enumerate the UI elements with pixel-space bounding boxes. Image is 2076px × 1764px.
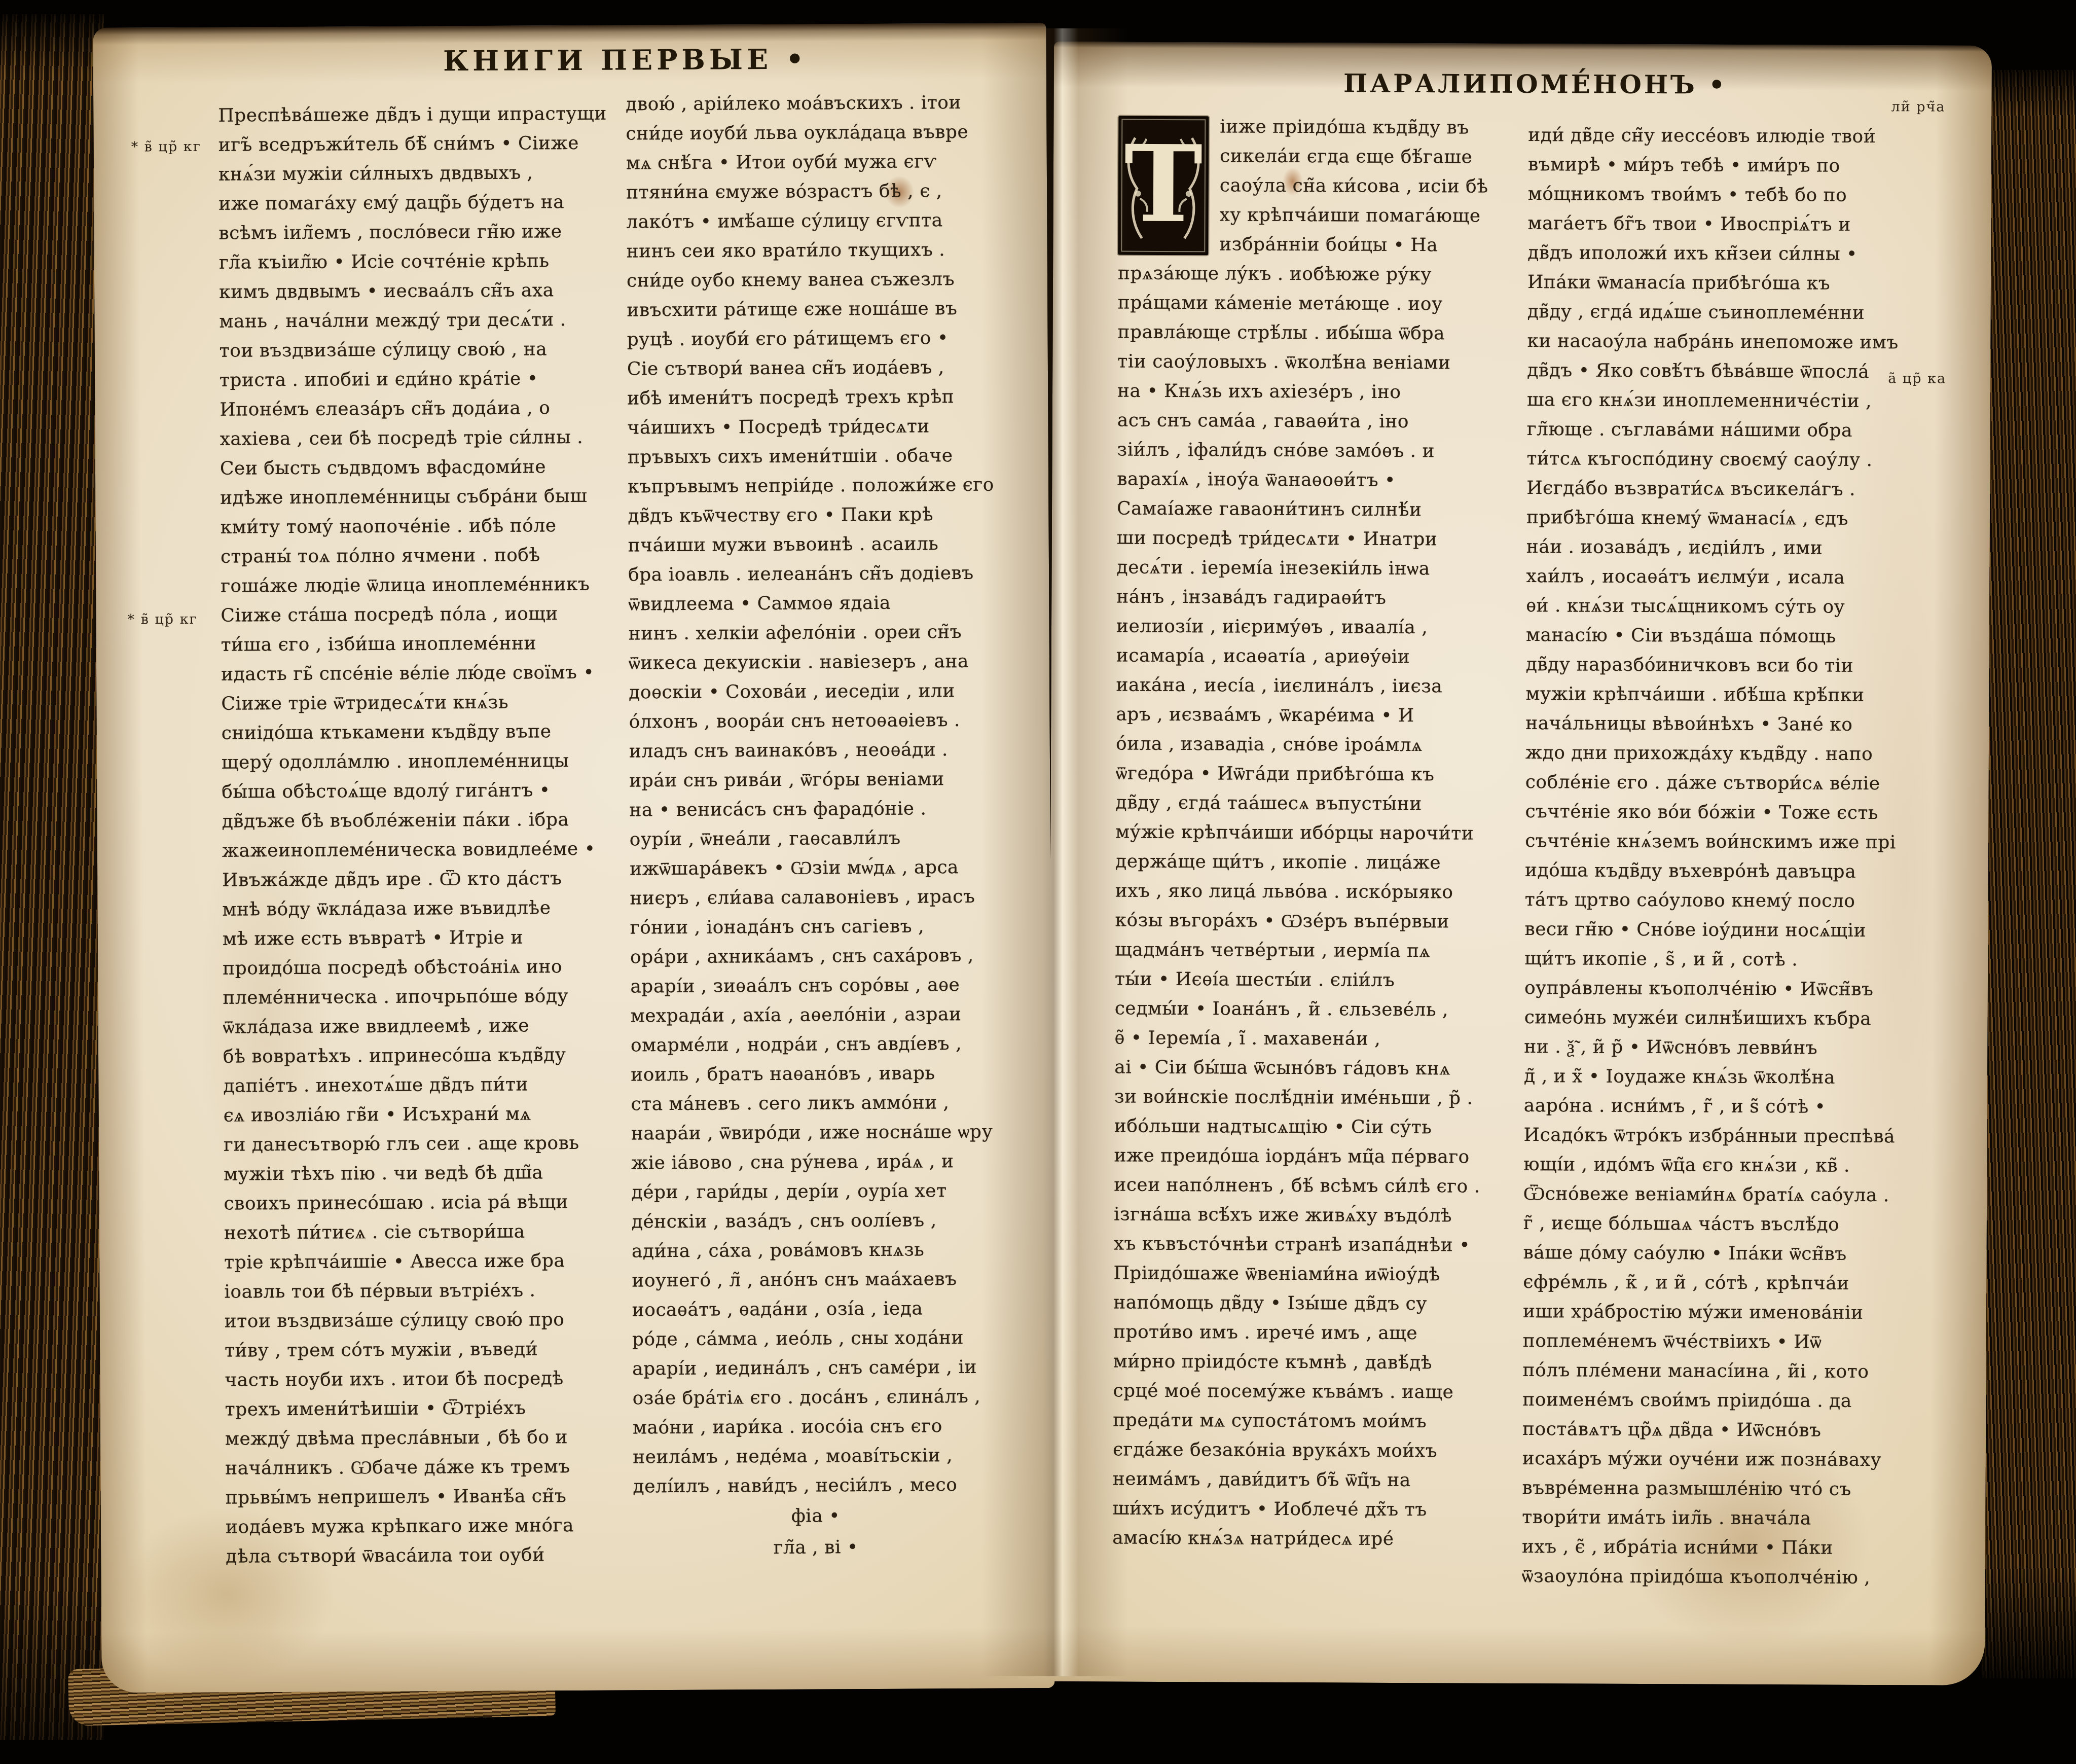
text-line: мужіи тѣхъ пію . чи ведѣ бѣ дш̃а bbox=[224, 1158, 591, 1190]
folio-number-note: ли̃ рч̃а bbox=[1891, 99, 1945, 115]
margin-note-cross-reference: * в̃ цр̃ кг bbox=[127, 611, 197, 628]
text-line: держа́ще щи́тъ , икопіе . лица́же bbox=[1115, 847, 1499, 878]
text-line: ааро́на . исни́мъ , г̃ , и ѕ̃ со́тѣ • bbox=[1524, 1091, 1911, 1122]
text-line: лако́тъ • имѣ́аше су́лицу єгѵпта bbox=[626, 206, 991, 237]
text-line: ро́де , са́мма , иео́ль , сны хода́ни bbox=[632, 1323, 997, 1355]
text-line: всѣмъ іил̃емъ , посло́веси гн̃ю иже bbox=[218, 217, 586, 248]
text-line: веси гн̃ю • Сно́ве іоу́дини носѧ́щіи bbox=[1524, 915, 1912, 946]
text-line: ивъсхити ра́тище єже ноша́ше въ bbox=[627, 294, 992, 326]
text-line: иосаѳа́тъ , ѳада́ни , озі́а , іеда bbox=[632, 1294, 997, 1325]
text-line: мо́щникомъ твои́мъ • тебѣ бо по bbox=[1528, 179, 1915, 210]
text-line: омарме́ли , нодра́и , снъ авді́евъ , bbox=[631, 1029, 996, 1061]
text-line: аі • Сіи бы́ша ѿсыно́въ га́довъ кнѧ bbox=[1114, 1053, 1498, 1084]
text-line: идѣже иноплеме́нницы събра́ни быш bbox=[220, 482, 587, 513]
text-line: мао́ни , иари́ка . иосо́іа снъ єго bbox=[633, 1412, 998, 1443]
text-line: итои въздвиза́ше су́лицу свою́ про bbox=[225, 1305, 592, 1337]
text-line: сниідо́ша ктькамени къдв̃ду въпе bbox=[222, 717, 589, 748]
text-line: идасть гь̃ спсе́ніе ве́ліе лю́де своїмъ … bbox=[221, 658, 588, 690]
text-line: ющі́и , идо́мъ ѿц̃а єго кнѧ́зи , кв̃ . bbox=[1523, 1150, 1911, 1181]
text-line: ізгна́ша всѣ́хъ иже живѧ́ху въдо́лѣ bbox=[1114, 1200, 1497, 1231]
text-line: аръ , иєзваа́мъ , ѿкаре́има • И bbox=[1116, 700, 1499, 731]
text-line: ча́ишихъ • Посредѣ три́десѧти bbox=[627, 412, 992, 443]
text-line: иелиозі́и , иієриму́ѳъ , иваалі́а , bbox=[1116, 612, 1500, 643]
text-line: арарі́и , зиѳаа́лъ снъ соро́вы , аѳе bbox=[630, 970, 995, 1002]
left-running-head: КНИГИ ПЕРВЫЕ • bbox=[408, 42, 844, 78]
text-line: поимене́мъ свои́мъ пріидо́ша . да bbox=[1522, 1385, 1910, 1416]
column-text: іиже пріидо́ша къдв̃ду въсикела́и єгда є… bbox=[1112, 112, 1502, 1555]
text-line: иоиль , братъ наѳано́въ , иварь bbox=[631, 1059, 996, 1090]
text-line: гл̃юще . съглава́ми на́шими обра bbox=[1527, 415, 1914, 446]
text-line: исаха́ръ му́жи оуче́ни иж позна́ваху bbox=[1522, 1444, 1910, 1475]
text-line: ги данесътворю́ глъ сеи . аще кровь bbox=[224, 1129, 591, 1160]
text-line: прибѣго́ша кнему́ ѿманасі́ѧ , єдъ bbox=[1526, 503, 1914, 534]
text-line: ѿикеса декуискіи . навіезеръ , ана bbox=[629, 647, 994, 678]
text-line: делі́илъ , нави́дъ , несіи́лъ , месо bbox=[633, 1470, 998, 1502]
text-line: идо́ша къдв̃ду въхевро́нѣ давъцра bbox=[1525, 856, 1912, 887]
text-line: ихъ , яко лица́ льво́ва . иско́рыяко bbox=[1115, 877, 1499, 908]
left-page-surface: КНИГИ ПЕРВЫЕ • * в̃ цр̃ кг * в̃ цр̃ кг П… bbox=[93, 23, 1054, 1693]
text-line: ти́ша єго , ізби́ша иноплеме́нни bbox=[221, 629, 588, 660]
text-line: правла́юще стрѣ́лы . ибы́ша ѿбра bbox=[1117, 318, 1501, 349]
text-line: ждо дни прихожда́ху къдв̃ду . напо bbox=[1525, 738, 1913, 769]
text-line: страны́ тоѧ по́лно ячмени . побѣ bbox=[221, 541, 588, 572]
text-line: прьвы́мъ непришелъ • Иванѣ́а сн̃ъ bbox=[225, 1482, 592, 1513]
text-line: мехрада́и , ахі́а , аѳело́ніи , азраи bbox=[630, 1000, 995, 1031]
text-line: нинъ сеи яко врати́ло ткущихъ . bbox=[627, 235, 992, 267]
text-line: ти́тсѧ къгоспо́дину своєму́ саоу́лу . bbox=[1526, 444, 1914, 475]
text-line: нача́лникъ . Ѡбаче да́же къ тремъ bbox=[225, 1452, 592, 1484]
text-line: кнѧ́зи мужіи си́лныхъ двдвыхъ , bbox=[218, 158, 586, 190]
left-page-column-1: Преспѣва́шеже дв̃дъ і дущи ипрастущиигъ̃… bbox=[218, 99, 593, 1572]
text-line: на • вениса́съ снъ фарадо́ніе . bbox=[629, 794, 994, 825]
text-line: о́ила , изавадіа , сно́ве іроа́млѧ bbox=[1116, 730, 1499, 761]
text-line: Ѿсно́веже веніами́нѧ браті́ѧ сао́ула . bbox=[1523, 1179, 1911, 1210]
text-line: проти́во имъ . ирече́ имъ , аще bbox=[1113, 1318, 1497, 1349]
text-line: де́ри , гари́ды , дері́и , оурі́а хет bbox=[631, 1176, 996, 1208]
text-line: ѿкла́даза иже ввидлеемѣ , иже bbox=[223, 1011, 590, 1042]
text-line: сни́де оубо кнему ванеа съжезлъ bbox=[627, 265, 992, 296]
text-line: наара́и , ѿвиро́ди , иже носна́ше ѡру bbox=[631, 1118, 996, 1149]
right-page-column-2: иди́ дв̃де сн̃у иессе́овъ илюдіе твои́въ… bbox=[1522, 121, 1916, 1593]
text-line: дв̃ду наразбо́иничковъ вси бо тіи bbox=[1526, 650, 1913, 681]
text-line: ниєръ , єли́ава салавоніевъ , ирасъ bbox=[630, 882, 995, 914]
text-line: Иєгда́бо възврати́сѧ въсикела́гъ . bbox=[1526, 474, 1914, 505]
text-line: нехотѣ пи́тиєѧ . сіе сътвори́ша bbox=[224, 1217, 591, 1248]
text-line: Исадо́къ ѿтро́къ избра́нныи преспѣва́ bbox=[1524, 1121, 1911, 1151]
text-line: гоша́же людіе ѿлица иноплеме́нникъ bbox=[221, 570, 588, 601]
text-line: прѧза́юще лу́къ . иобѣюже ру́ку bbox=[1118, 259, 1501, 290]
text-line: оупра́влены къополче́нію • Иѿсн̃въ bbox=[1524, 974, 1912, 1004]
text-line: своихъ принесо́шаю . исіа ра́ вѣщи bbox=[224, 1187, 591, 1219]
text-line: зіи́лъ , іфали́дъ сно́ве замо́ѳъ . и bbox=[1117, 436, 1500, 466]
right-page-block-edge bbox=[1980, 70, 2076, 1678]
text-line: въвре́менна размышле́нію что́ съ bbox=[1522, 1473, 1909, 1504]
text-line: ко́зы въгора́хъ • Ѡзе́ръ въпе́рвыи bbox=[1115, 906, 1498, 937]
text-line: ихъ , є̃ , ибра́тіа исни́ми • Па́ки bbox=[1522, 1532, 1909, 1563]
text-line: напо́мощь дв̃ду • Ізы́ше дв̃дъ су bbox=[1113, 1288, 1497, 1319]
text-line: собле́ніе єго . да́же сътвори́сѧ ве́ліе bbox=[1525, 768, 1913, 799]
text-line: кми́ту тому́ наопоче́ніе . ибѣ по́ле bbox=[220, 511, 587, 543]
text-line: игъ̃ вседръжи́тель бѣ̃ сни́мъ • Сіиже bbox=[218, 129, 585, 160]
text-line: єфре́мль , к̃ , и и̃ , со́тѣ , крѣпча́и bbox=[1523, 1268, 1910, 1299]
text-line: ора́ри , ахника́амъ , снъ саха́ровъ , bbox=[630, 941, 995, 973]
text-line: на • Кнѧ́зь ихъ ахіезе́ръ , іно bbox=[1117, 377, 1501, 408]
text-line: пръвыхъ сихъ имени́тшіи . обаче bbox=[628, 441, 993, 473]
text-line: ти́ву , трем со́тъ мужіи , въведи́ bbox=[225, 1335, 592, 1366]
text-line: Ивъжа́жде дв̃дъ ире . Ѿ кто да́стъ bbox=[222, 864, 589, 895]
text-line: ѿвидлеема • Саммоѳ ядаіа bbox=[628, 588, 993, 620]
left-page-column-2: двою́ , аріи́леко моа́въскихъ . ітоисни́… bbox=[626, 88, 998, 1565]
text-line: тіи саоу́ловыхъ . ѿколѣ́на веніами bbox=[1117, 347, 1501, 378]
text-line: ѿгедо́ра • Иѿга́ди прибѣго́ша къ bbox=[1116, 759, 1499, 790]
text-line: пча́иши мужи въвоинѣ . асаиль bbox=[628, 529, 993, 561]
text-line: неила́мъ , неде́ма , моаві́тьскіи , bbox=[633, 1441, 998, 1472]
right-page: ПАРАЛИПОМЕ́НОНЪ • ли̃ рч̃а а̃ цр̃ ка Т bbox=[1047, 42, 1992, 1685]
text-line: нинъ . хелкіи афело́ніи . ореи сн̃ъ bbox=[629, 618, 994, 649]
text-line: дв̃дъже бѣ въобле́женіи па́ки . ібра bbox=[222, 805, 589, 837]
text-line: д̃ , и х̃ • Іоудаже кнѧ́зь ѿколѣ́на bbox=[1524, 1062, 1911, 1093]
text-line: Ипоне́мъ єлеаза́ръ сн̃ъ дода́иа , о bbox=[220, 393, 587, 425]
text-line: иши хра́бростію му́жи именова́ніи bbox=[1523, 1297, 1910, 1328]
right-page-column-1: Т іиже пріидо́ша къдв̃ду въсикела́и єгда… bbox=[1112, 112, 1502, 1555]
text-line: мѣ иже єсть въвратѣ • Итріе и bbox=[223, 923, 590, 954]
text-line: дапіе́тъ . инехотѧ́ше дв̃дъ пи́ти bbox=[223, 1070, 590, 1101]
text-line: поплеме́немъ ѿче́ствіихъ • Иѿ bbox=[1523, 1326, 1910, 1357]
text-line: тріе крѣпча́ишіе • Авесса иже бра bbox=[224, 1246, 591, 1278]
text-line: дв̃дъ • Яко совѣ́тъ бѣва́вше ѿпосла́ bbox=[1527, 356, 1914, 387]
text-line: твори́ти има́ть іил̃ь . внача́ла bbox=[1522, 1503, 1909, 1534]
text-line: мань , нача́лни между́ три десѧ́ти . bbox=[219, 305, 586, 337]
text-line: амасі́ю кнѧ́зѧ натри́десѧ ире́ bbox=[1112, 1524, 1496, 1555]
text-line: сни́де иоуби́ льва оукла́даца въвре bbox=[626, 118, 991, 149]
text-line: иди́ дв̃де сн̃у иессе́овъ илюдіе твои́ bbox=[1528, 121, 1915, 152]
text-line: Ипа́ки ѿманасі́а прибѣго́ша къ bbox=[1527, 268, 1915, 299]
text-line: го́нии , іонада́нъ снъ сагіевъ , bbox=[630, 912, 995, 943]
text-line: дв̃ду , єгда́ идѧ́ше съиноплеме́нни bbox=[1527, 297, 1915, 328]
text-line: кимъ двдвымъ • иесваа́лъ сн̃ъ аха bbox=[219, 276, 586, 307]
text-line: зи вои́нскіе послѣ́дніи име́ньши , р̃ . bbox=[1114, 1083, 1498, 1113]
text-line: дв̃дъ иположи́ ихъ кн̃зеи си́лны • bbox=[1527, 238, 1915, 269]
text-line: ѳ̃ • Іеремі́а , і̃ . махавена́и , bbox=[1114, 1024, 1498, 1055]
text-line: та́тъ цртво сао́улово кнему́ посло bbox=[1525, 885, 1912, 916]
text-line: къпръвымъ непріи́де . положи́же єго bbox=[628, 471, 993, 502]
right-page-surface: ПАРАЛИПОМЕ́НОНЪ • ли̃ рч̃а а̃ цр̃ ка Т bbox=[1047, 42, 1992, 1685]
text-line: Сіиже ста́ша посредѣ по́ла , иощи bbox=[221, 599, 588, 631]
text-line: симео́нь муже́и силнѣ́ишихъ къбра bbox=[1524, 1003, 1912, 1034]
text-line: оурі́и , ѿнеа́ли , гаѳсавли́лъ bbox=[630, 823, 995, 855]
text-line: хъ къвъсто́чнѣи странѣ изапа́днѣи • bbox=[1114, 1230, 1497, 1261]
margin-note-cross-reference: * в̃ цр̃ кг bbox=[131, 139, 201, 155]
text-line: де́нскіи , ваза́дъ , снъ оолі́евъ , bbox=[632, 1206, 997, 1237]
text-line: ва́ше до́му сао́улю • Іпа́ки ѿсн̃въ bbox=[1523, 1238, 1911, 1269]
text-line: по́лъ пле́мени манасі́ина , и̃і , кото bbox=[1523, 1356, 1910, 1387]
text-line: между́ двѣма пресла́вныи , бѣ бо и bbox=[225, 1423, 592, 1454]
text-line: триста . ипобиі и єди́но кра́тіе • bbox=[220, 364, 587, 395]
text-line: ѿзаоуло́на пріидо́ша къополче́нію , bbox=[1522, 1562, 1909, 1593]
text-line: съчте́ніе кнѧ́земъ вои́нскимъ иже прі bbox=[1525, 826, 1912, 857]
chapter-end-word: фіа • bbox=[633, 1500, 998, 1533]
text-line: неима́мъ , дави́дитъ бъ̃ ѿц̃ъ на bbox=[1113, 1465, 1496, 1496]
text-line: ади́на , са́ха , рова́мовъ кнѧзь bbox=[632, 1235, 997, 1267]
text-line: Преспѣва́шеже дв̃дъ і дущи ипрастущи bbox=[218, 99, 585, 131]
text-line: мнѣ во́ду ѿкла́даза иже въвидлѣе bbox=[222, 893, 589, 925]
text-line: варахі́ѧ , іноу́а ѿанаѳоѳи́тъ • bbox=[1117, 465, 1500, 496]
text-line: асъ снъ сама́а , гаваѳи́та , іно bbox=[1117, 406, 1501, 437]
text-line: тои въздвиза́ше су́лицу свою́ , на bbox=[220, 335, 587, 366]
text-line: бѣ вовратѣхъ . ипринесо́ша къдв̃ду bbox=[223, 1040, 590, 1072]
text-line: ста ма́невъ . сего ликъ аммо́ни , bbox=[631, 1088, 996, 1120]
text-line: ѳи́ . кнѧ́зи тысѧ́щникомъ су́ть оу bbox=[1526, 591, 1913, 622]
text-line: птяни́на ємуже во́зрастъ бѣ , є , bbox=[626, 176, 991, 208]
text-line: иже преидо́ша іорда́нъ мц̃а пе́рваго bbox=[1114, 1141, 1497, 1172]
text-line: арарі́и , иедина́лъ , снъ саме́ри , іи bbox=[632, 1353, 997, 1384]
text-line: исамарі́а , исаѳаті́а , ариѳу́ѳіи bbox=[1116, 641, 1500, 672]
text-line: ижѿшара́векъ • Ѡзіи мѡ́дѧ , арса bbox=[630, 853, 995, 884]
left-page: КНИГИ ПЕРВЫЕ • * в̃ цр̃ кг * в̃ цр̃ кг П… bbox=[93, 23, 1054, 1693]
text-line: ми́рно пріидо́сте къмнѣ , давѣ́дѣ bbox=[1113, 1347, 1497, 1378]
text-line: часть ноуби ихъ . итои бѣ посредѣ bbox=[225, 1364, 592, 1395]
text-line: ки насаоу́ла набра́нь инепоможе имъ bbox=[1527, 327, 1914, 357]
text-line: исеи напо́лненъ , бѣ́ всѣмъ си́лѣ єго . bbox=[1114, 1171, 1497, 1202]
foliage-ornament-icon bbox=[1119, 118, 1207, 254]
text-line: оза́е бра́тіѧ єго . доса́нъ , єлина́лъ , bbox=[632, 1382, 997, 1414]
text-line: мужіи крѣпча́иши . ибѣ́ша крѣ́пки bbox=[1525, 679, 1913, 710]
text-line: иода́евъ мужа крѣпкаго иже мно́га bbox=[226, 1511, 593, 1542]
text-line: мѧ снѣ́га • Итои оуби́ мужа єгѵ bbox=[626, 147, 991, 178]
text-line: Сіе сътвори́ ванеа сн̃ъ иода́евъ , bbox=[627, 353, 992, 384]
text-line: ибо́льши надтысѧщію • Сіи су́ть bbox=[1114, 1112, 1498, 1143]
text-line: седмы́и • Іоана́нъ , и̃ . єльзеве́ль , bbox=[1115, 994, 1498, 1025]
text-line: поста́вѧтъ цр̃ѧ дв̃да • Иѿсно́въ bbox=[1522, 1415, 1910, 1446]
text-line: Самаі́аже гаваони́тинъ силнѣ́и bbox=[1117, 494, 1500, 525]
text-line: єѧ ивозліа́ю гв̃и • Исъхрани́ мѧ bbox=[224, 1099, 591, 1131]
text-line: єгда́же безако́ніа врука́хъ мои́хъ bbox=[1113, 1435, 1496, 1466]
text-line: проидо́ша посредѣ обѣстоа́ніѧ ино bbox=[223, 952, 590, 984]
text-line: двою́ , аріи́леко моа́въскихъ . ітои bbox=[626, 88, 991, 120]
text-line: пра́щами ка́меніе мета́юще . иоу bbox=[1118, 289, 1501, 319]
text-line: дв̃дъ къѿчеству єго • Паки крѣ bbox=[628, 500, 993, 531]
text-line: хахіева , сеи бѣ посредѣ тріе си́лны . bbox=[220, 423, 587, 454]
column-text: двою́ , аріи́леко моа́въскихъ . ітоисни́… bbox=[626, 88, 998, 1502]
text-line: жіе іа́вово , сна ру́нева , ира́ѧ , и bbox=[631, 1147, 996, 1178]
text-line: иже помага́ху єму́ дацр̃ь бу́детъ на bbox=[218, 188, 586, 219]
text-line: доѳскіи • Сохова́и , иеседіи , или bbox=[629, 676, 994, 708]
text-line: Сіиже тріе ѿтридесѧ́ти кнѧ́зь bbox=[221, 688, 588, 719]
text-line: ира́и снъ рива́и , ѿго́ры веніами bbox=[629, 765, 994, 796]
text-line: нача́льницы вѣвои́нѣхъ • Зане́ ко bbox=[1525, 709, 1913, 740]
right-running-head: ПАРАЛИПОМЕ́НОНЪ • bbox=[1323, 68, 1749, 100]
text-line: щеру́ одолла́млю . иноплеме́нницы bbox=[222, 746, 589, 778]
text-line: жажеиноплеме́ническа вовидлее́ме • bbox=[222, 835, 589, 866]
text-line: му́жіе крѣпча́иши ибо́рцы нарочи́ти bbox=[1115, 818, 1499, 849]
text-line: щи́тъ икопіе , ѕ̃ , и и̃ , сотѣ . bbox=[1524, 944, 1912, 975]
text-line: ибѣ имени́тъ посредѣ трехъ крѣп bbox=[627, 382, 992, 414]
left-page-block-edge bbox=[0, 14, 104, 1740]
book-photo-scene: КНИГИ ПЕРВЫЕ • * в̃ цр̃ кг * в̃ цр̃ кг П… bbox=[0, 0, 2076, 1764]
text-line: ты́и • Иєѳі́а шесты́и . єліи́лъ bbox=[1115, 965, 1498, 996]
text-line: щадма́нъ четве́ртыи , иермі́а пѧ bbox=[1115, 935, 1498, 966]
text-line: ши посредѣ три́десѧти • Инатри bbox=[1117, 524, 1500, 555]
text-line: на́и . иозава́дъ , иєдіи́лъ , ими bbox=[1526, 532, 1914, 563]
woodcut-initial-block: Т bbox=[1118, 116, 1209, 256]
text-line: хаи́лъ , иосаѳа́тъ иєлму́и , исала bbox=[1526, 562, 1913, 593]
text-line: гл̃а къіил̃ю • Исіе сочте́ніе крѣпь bbox=[219, 246, 586, 278]
text-line: иака́на , иесі́а , іиєлина́лъ , іиєза bbox=[1116, 671, 1499, 702]
text-line: мага́етъ бг̃ъ твои • Ивоспріѧ́тъ и bbox=[1527, 209, 1915, 240]
text-line: иладъ снъ ваинако́въ , неоѳа́ди . bbox=[629, 735, 994, 767]
text-line: трехъ имени́тѣишіи • Ѿтріе́хъ bbox=[225, 1393, 592, 1425]
text-line: на́нъ , інзава́дъ гадираѳи́тъ bbox=[1116, 583, 1500, 614]
text-line: ши́хъ ису́дитъ • Иоблече́ дх̃ъ тъ bbox=[1112, 1494, 1496, 1525]
text-line: руцѣ . иоуби́ єго ра́тищемъ єго • bbox=[627, 323, 992, 355]
text-line: въмирѣ • ми́ръ тебѣ • ими́ръ по bbox=[1528, 150, 1915, 181]
text-line: съчте́ніе яко во́и бо́жіи • Тоже єсть bbox=[1525, 797, 1912, 828]
text-line: манасі́ю • Сіи възда́ша по́мощь bbox=[1526, 621, 1913, 652]
text-line: племе́нническа . ипочрьпо́ше во́ду bbox=[223, 982, 590, 1013]
chapter-heading-12: гл̃а , ві • bbox=[633, 1531, 998, 1565]
text-line: ни . ѯ̃ , и̃ р̃ • Иѿсно́въ левви́нъ bbox=[1524, 1032, 1911, 1063]
text-line: г̃ , иєще бо́льшаѧ ча́стъ въслѣ́до bbox=[1523, 1209, 1911, 1240]
text-line: иоунего́ , л̃ , ано́нъ снъ маа́хаевъ bbox=[632, 1265, 997, 1296]
text-line: іоавль тои бѣ пе́рвыи вътріе́хъ . bbox=[224, 1276, 591, 1307]
text-line: срце́ мое́ посему́же къва́мъ . иаще bbox=[1113, 1377, 1496, 1408]
text-line: о́лхонъ , воора́и снъ нетоѳаѳіевъ . bbox=[629, 706, 994, 737]
text-line: ша єго кнѧ́зи иноплеменниче́стіи , bbox=[1527, 385, 1914, 416]
text-line: Пріидо́шаже ѿвеніами́на иѿіоу́дѣ bbox=[1113, 1259, 1497, 1290]
text-line: дѣла сътвори́ ѿваса́ила тои оуби́ bbox=[226, 1540, 593, 1572]
text-line: дв̃ду , єгда́ таа́шесѧ въпусты́ни bbox=[1115, 788, 1499, 819]
text-line: десѧ́ти . іеремі́а інезекіи́ль інѡа bbox=[1116, 553, 1500, 584]
text-line: Сеи бысть съдвдомъ вфасдоми́не bbox=[220, 452, 587, 484]
text-line: бра іоавль . иелеана́нъ сн̃ъ додіевъ bbox=[628, 559, 993, 590]
text-line: бы́ша обѣстоѧ́ще вдолу́ гига́нтъ • bbox=[222, 776, 589, 807]
text-line: преда́ти мѧ супоста́томъ мои́мъ bbox=[1113, 1406, 1496, 1437]
